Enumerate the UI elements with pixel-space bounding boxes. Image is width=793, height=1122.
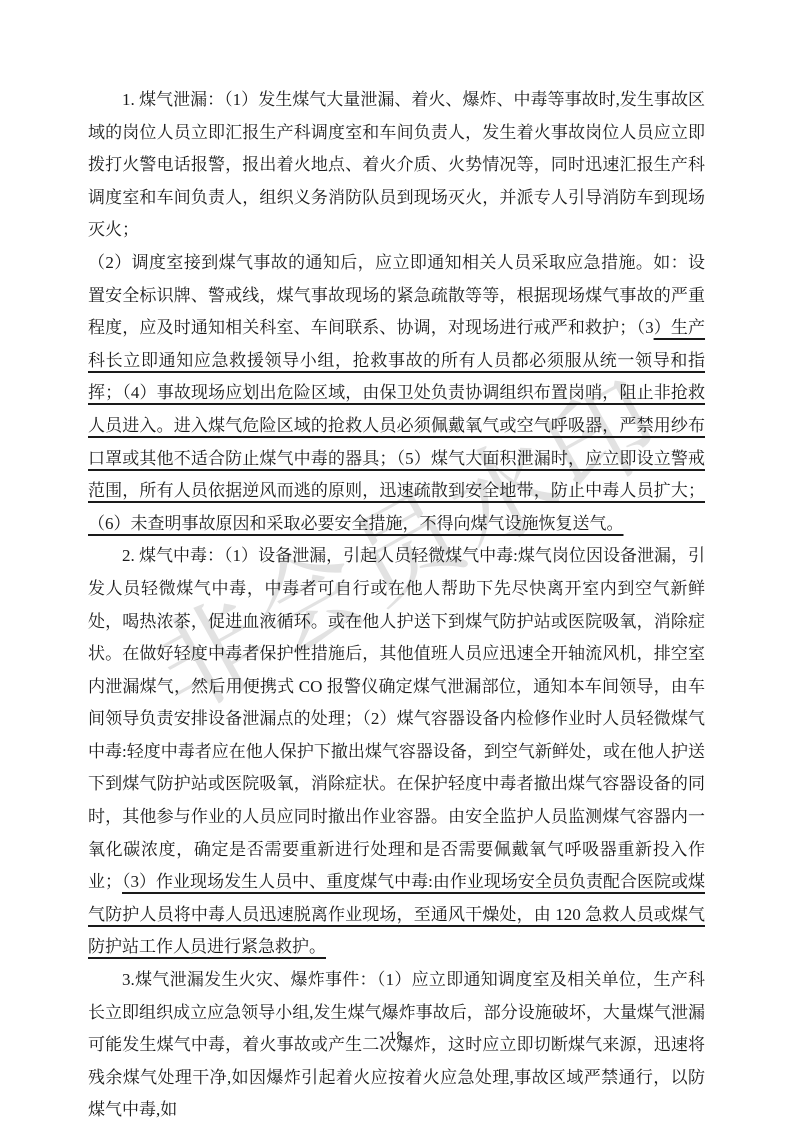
underlined-text-run: ）生产科长立即通知应急救援领导小组，抢救事故的所有人员都必须服从统一领导和指挥；…: [88, 318, 705, 533]
underlined-text-run: （3）作业现场发生人员中、重度煤气中毒:由作业现场安全员负责配合医院或煤气防护人…: [88, 872, 705, 956]
document-body: 1. 煤气泄漏：（1）发生煤气大量泄漏、着火、爆炸、中毒等事故时,发生事故区域的…: [88, 84, 705, 1122]
text-run: （2）调度室接到煤气事故的通知后，应立即通知相关人员采取应急措施。如：设置安全标…: [88, 253, 705, 337]
text-run: 2. 煤气中毒：（1）设备泄漏，引起人员轻微煤气中毒:煤气岗位因设备泄漏，引发人…: [88, 546, 705, 891]
text-run: 3.煤气泄漏发生火灾、爆炸事件：（1）应立即通知调度室及相关单位，生产科长立即组…: [88, 970, 705, 1119]
paragraph: 2. 煤气中毒：（1）设备泄漏，引起人员轻微煤气中毒:煤气岗位因设备泄漏，引发人…: [88, 540, 705, 964]
page-number: - 18 -: [0, 1028, 793, 1044]
paragraph: （2）调度室接到煤气事故的通知后，应立即通知相关人员采取应急措施。如：设置安全标…: [88, 247, 705, 540]
paragraph: 1. 煤气泄漏：（1）发生煤气大量泄漏、着火、爆炸、中毒等事故时,发生事故区域的…: [88, 84, 705, 247]
document-page: 非会员水印 1. 煤气泄漏：（1）发生煤气大量泄漏、着火、爆炸、中毒等事故时,发…: [0, 0, 793, 1122]
text-run: 1. 煤气泄漏：（1）发生煤气大量泄漏、着火、爆炸、中毒等事故时,发生事故区域的…: [88, 90, 705, 239]
